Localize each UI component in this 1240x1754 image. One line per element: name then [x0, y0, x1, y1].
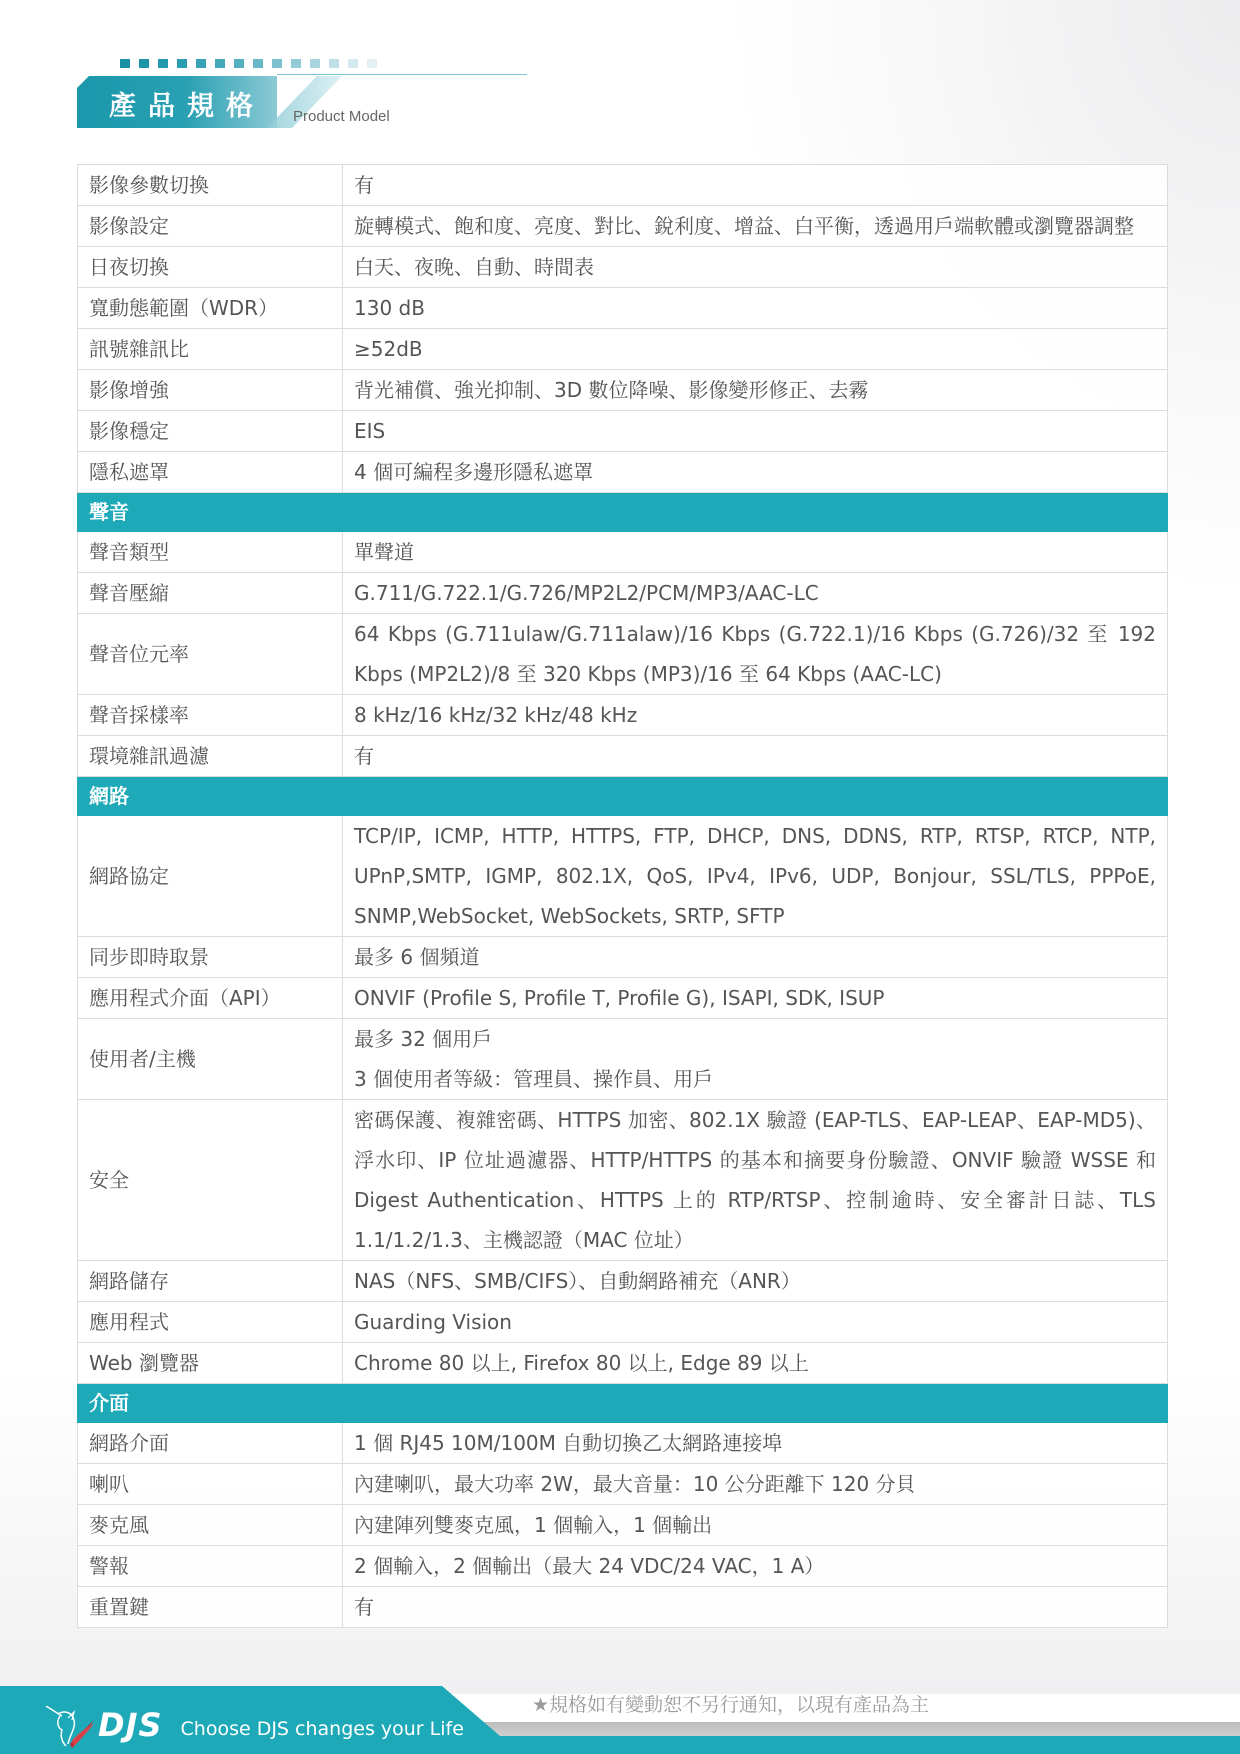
spec-label: 安全 [78, 1100, 343, 1261]
disclaimer-note: ★規格如有變動恕不另行通知，以現有產品為主 [532, 1690, 929, 1717]
spec-value: 4 個可編程多邊形隱私遮罩 [343, 452, 1168, 493]
decorative-dot [272, 59, 282, 68]
spec-label: 應用程式 [78, 1302, 343, 1343]
spec-label: 網路介面 [78, 1423, 343, 1464]
decorative-dot [139, 59, 149, 68]
spec-value: 內建喇叭，最大功率 2W，最大音量：10 公分距離下 120 分貝 [343, 1464, 1168, 1505]
table-row: 聲音壓縮G.711/G.722.1/G.726/MP2L2/PCM/MP3/AA… [78, 573, 1168, 614]
spec-label: 警報 [78, 1546, 343, 1587]
spec-value: 8 kHz/16 kHz/32 kHz/48 kHz [343, 695, 1168, 736]
decorative-dot [215, 59, 225, 68]
spec-value-line: TCP/IP, ICMP, HTTP, HTTPS, FTP, DHCP, DN… [354, 816, 1156, 936]
spec-label: 網路協定 [78, 816, 343, 937]
brand-name: DJS [98, 1706, 163, 1744]
spec-label: 環境雜訊過濾 [78, 736, 343, 777]
spec-value-line: NAS（NFS、SMB/CIFS）、自動網路補充（ANR） [354, 1261, 1156, 1301]
decorative-dot [253, 59, 263, 68]
spec-value-line: 2 個輸入，2 個輸出（最大 24 VDC/24 VAC，1 A） [354, 1546, 1156, 1586]
spec-label: 影像設定 [78, 206, 343, 247]
table-row: 麥克風內建陣列雙麥克風，1 個輸入，1 個輸出 [78, 1505, 1168, 1546]
spec-label: 聲音位元率 [78, 614, 343, 695]
spec-value-line: 8 kHz/16 kHz/32 kHz/48 kHz [354, 695, 1156, 735]
spec-value-line: 3 個使用者等級：管理員、操作員、用戶 [354, 1059, 1156, 1099]
table-row: 聲音位元率64 Kbps (G.711ulaw/G.711alaw)/16 Kb… [78, 614, 1168, 695]
page-subtitle: Product Model [293, 108, 390, 125]
spec-label: 影像增強 [78, 370, 343, 411]
spec-value: ONVIF (Profile S, Profile T, Profile G),… [343, 978, 1168, 1019]
spec-value: 背光補償、強光抑制、3D 數位降噪、影像變形修正、去霧 [343, 370, 1168, 411]
section-title: 介面 [78, 1384, 1168, 1423]
decorative-dot [329, 59, 339, 68]
page-title: 產品規格 [109, 84, 265, 123]
spec-label: 訊號雜訊比 [78, 329, 343, 370]
spec-label: 使用者/主機 [78, 1019, 343, 1100]
decorative-dot [120, 59, 130, 68]
table-row: 喇叭內建喇叭，最大功率 2W，最大音量：10 公分距離下 120 分貝 [78, 1464, 1168, 1505]
spec-label: 日夜切換 [78, 247, 343, 288]
spec-value-line: 內建陣列雙麥克風，1 個輸入，1 個輸出 [354, 1505, 1156, 1545]
spec-value-line: 64 Kbps (G.711ulaw/G.711alaw)/16 Kbps (G… [354, 614, 1156, 694]
spec-value-line: 有 [354, 165, 1156, 205]
spec-value: ≥52dB [343, 329, 1168, 370]
spec-label: 聲音壓縮 [78, 573, 343, 614]
table-row: 使用者/主機最多 32 個用戶3 個使用者等級：管理員、操作員、用戶 [78, 1019, 1168, 1100]
spec-value-line: ONVIF (Profile S, Profile T, Profile G),… [354, 978, 1156, 1018]
spec-label: 寬動態範圍（WDR） [78, 288, 343, 329]
table-row: 聲音採樣率8 kHz/16 kHz/32 kHz/48 kHz [78, 695, 1168, 736]
spec-label: 聲音採樣率 [78, 695, 343, 736]
spec-value-line: G.711/G.722.1/G.726/MP2L2/PCM/MP3/AAC-LC [354, 573, 1156, 613]
spec-value-line: 1 個 RJ45 10M/100M 自動切換乙太網路連接埠 [354, 1423, 1156, 1463]
decorative-dot [234, 59, 244, 68]
decorative-dot [348, 59, 358, 68]
spec-value-line: 最多 32 個用戶 [354, 1019, 1156, 1059]
decorative-dot [310, 59, 320, 68]
spec-value: 有 [343, 165, 1168, 206]
spec-label: 影像穩定 [78, 411, 343, 452]
spec-value: G.711/G.722.1/G.726/MP2L2/PCM/MP3/AAC-LC [343, 573, 1168, 614]
table-row: 網路儲存NAS（NFS、SMB/CIFS）、自動網路補充（ANR） [78, 1261, 1168, 1302]
section-title: 網路 [78, 777, 1168, 816]
table-row: 訊號雜訊比≥52dB [78, 329, 1168, 370]
decorative-dot [196, 59, 206, 68]
spec-value: 最多 32 個用戶3 個使用者等級：管理員、操作員、用戶 [343, 1019, 1168, 1100]
spec-value-line: ≥52dB [354, 329, 1156, 369]
table-row: 應用程式Guarding Vision [78, 1302, 1168, 1343]
table-row: 影像增強背光補償、強光抑制、3D 數位降噪、影像變形修正、去霧 [78, 370, 1168, 411]
spec-value-line: 有 [354, 1587, 1156, 1627]
spec-value-line: 密碼保護、複雜密碼、HTTPS 加密、802.1X 驗證 (EAP-TLS、EA… [354, 1100, 1156, 1260]
spec-value-line: 最多 6 個頻道 [354, 937, 1156, 977]
spec-value-line: 4 個可編程多邊形隱私遮罩 [354, 452, 1156, 492]
table-row: Web 瀏覽器Chrome 80 以上, Firefox 80 以上, Edge… [78, 1343, 1168, 1384]
table-row: 隱私遮罩4 個可編程多邊形隱私遮罩 [78, 452, 1168, 493]
table-row: 重置鍵有 [78, 1587, 1168, 1628]
spec-value-line: EIS [354, 411, 1156, 451]
spec-label: 應用程式介面（API） [78, 978, 343, 1019]
decorative-dot [177, 59, 187, 68]
spec-value: 有 [343, 736, 1168, 777]
footer-stripe [430, 1722, 1240, 1736]
table-row: 網路協定TCP/IP, ICMP, HTTP, HTTPS, FTP, DHCP… [78, 816, 1168, 937]
spec-label: 隱私遮罩 [78, 452, 343, 493]
decorative-dot [158, 59, 168, 68]
decorative-dots [120, 59, 377, 68]
spec-value-line: 有 [354, 736, 1156, 776]
spec-value: Chrome 80 以上, Firefox 80 以上, Edge 89 以上 [343, 1343, 1168, 1384]
decorative-dot [291, 59, 301, 68]
spec-value: TCP/IP, ICMP, HTTP, HTTPS, FTP, DHCP, DN… [343, 816, 1168, 937]
spec-value: Guarding Vision [343, 1302, 1168, 1343]
spec-value-line: 旋轉模式、飽和度、亮度、對比、銳利度、增益、白平衡，透過用戶端軟體或瀏覽器調整 [354, 206, 1156, 246]
spec-value-line: Guarding Vision [354, 1302, 1156, 1342]
spec-value-line: Chrome 80 以上, Firefox 80 以上, Edge 89 以上 [354, 1343, 1156, 1383]
spec-value: 密碼保護、複雜密碼、HTTPS 加密、802.1X 驗證 (EAP-TLS、EA… [343, 1100, 1168, 1261]
spec-value: 有 [343, 1587, 1168, 1628]
spec-value-line: 單聲道 [354, 532, 1156, 572]
table-row: 網路介面1 個 RJ45 10M/100M 自動切換乙太網路連接埠 [78, 1423, 1168, 1464]
table-row: 應用程式介面（API）ONVIF (Profile S, Profile T, … [78, 978, 1168, 1019]
spec-value: 最多 6 個頻道 [343, 937, 1168, 978]
spec-value: EIS [343, 411, 1168, 452]
decorative-dot [367, 59, 377, 68]
spec-value: 旋轉模式、飽和度、亮度、對比、銳利度、增益、白平衡，透過用戶端軟體或瀏覽器調整 [343, 206, 1168, 247]
spec-label: 聲音類型 [78, 532, 343, 573]
spec-value: NAS（NFS、SMB/CIFS）、自動網路補充（ANR） [343, 1261, 1168, 1302]
section-header-row: 聲音 [78, 493, 1168, 532]
section-header-row: 介面 [78, 1384, 1168, 1423]
brand-slogan: Choose DJS changes your Life [181, 1718, 464, 1740]
section-header-row: 網路 [78, 777, 1168, 816]
banner-divider [277, 74, 527, 75]
spec-value-line: 內建喇叭，最大功率 2W，最大音量：10 公分距離下 120 分貝 [354, 1464, 1156, 1504]
spec-label: 麥克風 [78, 1505, 343, 1546]
unicorn-icon [40, 1700, 96, 1750]
brand-logo: DJS Choose DJS changes your Life [40, 1700, 464, 1750]
spec-value: 2 個輸入，2 個輸出（最大 24 VDC/24 VAC，1 A） [343, 1546, 1168, 1587]
section-title: 聲音 [78, 493, 1168, 532]
spec-label: 同步即時取景 [78, 937, 343, 978]
table-row: 寬動態範圍（WDR）130 dB [78, 288, 1168, 329]
spec-value-line: 背光補償、強光抑制、3D 數位降噪、影像變形修正、去霧 [354, 370, 1156, 410]
spec-label: 喇叭 [78, 1464, 343, 1505]
spec-label: 網路儲存 [78, 1261, 343, 1302]
table-row: 日夜切換白天、夜晚、自動、時間表 [78, 247, 1168, 288]
spec-value-line: 白天、夜晚、自動、時間表 [354, 247, 1156, 287]
spec-label: Web 瀏覽器 [78, 1343, 343, 1384]
table-row: 影像設定旋轉模式、飽和度、亮度、對比、銳利度、增益、白平衡，透過用戶端軟體或瀏覽… [78, 206, 1168, 247]
spec-value: 130 dB [343, 288, 1168, 329]
table-row: 安全密碼保護、複雜密碼、HTTPS 加密、802.1X 驗證 (EAP-TLS、… [78, 1100, 1168, 1261]
spec-label: 重置鍵 [78, 1587, 343, 1628]
spec-value: 1 個 RJ45 10M/100M 自動切換乙太網路連接埠 [343, 1423, 1168, 1464]
spec-table: 影像參數切換有影像設定旋轉模式、飽和度、亮度、對比、銳利度、增益、白平衡，透過用… [77, 164, 1168, 1628]
section-title-banner: 產品規格 Product Model [77, 56, 457, 132]
spec-value: 內建陣列雙麥克風，1 個輸入，1 個輸出 [343, 1505, 1168, 1546]
table-row: 警報2 個輸入，2 個輸出（最大 24 VDC/24 VAC，1 A） [78, 1546, 1168, 1587]
table-row: 影像穩定EIS [78, 411, 1168, 452]
table-row: 同步即時取景最多 6 個頻道 [78, 937, 1168, 978]
spec-value: 64 Kbps (G.711ulaw/G.711alaw)/16 Kbps (G… [343, 614, 1168, 695]
spec-value: 白天、夜晚、自動、時間表 [343, 247, 1168, 288]
spec-value-line: 130 dB [354, 288, 1156, 328]
table-row: 影像參數切換有 [78, 165, 1168, 206]
table-row: 環境雜訊過濾有 [78, 736, 1168, 777]
spec-label: 影像參數切換 [78, 165, 343, 206]
table-row: 聲音類型單聲道 [78, 532, 1168, 573]
spec-value: 單聲道 [343, 532, 1168, 573]
